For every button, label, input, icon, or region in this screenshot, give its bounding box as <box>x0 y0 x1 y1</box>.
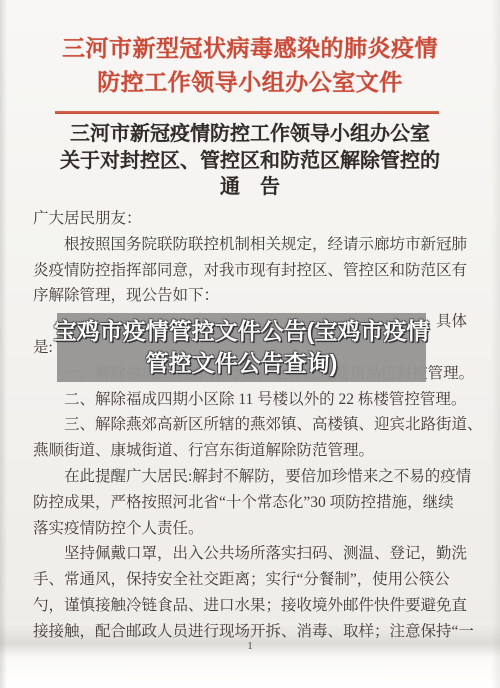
notice-title: 三河市新冠疫情防控工作领导小组办公室 关于对封控区、管控区和防范区解除管控的 通… <box>0 121 500 201</box>
letterhead-title-line-1: 三河市新型冠状病毒感染的肺炎疫情 <box>0 31 500 65</box>
letterhead-title-line-2: 防控工作领导小组办公室文件 <box>0 65 500 99</box>
body-line: 落实疫情防控个人责任。 <box>33 516 467 542</box>
body-line: 二、解除福成四期小区除 11 号楼以外的 22 栋楼管控管理。 <box>33 387 467 413</box>
letterhead-title: 三河市新型冠状病毒感染的肺炎疫情 防控工作领导小组办公室文件 <box>0 31 500 99</box>
notice-body: 广大居民朋友： 根按照国务院联防联控机制相关规定，经请示廊坊市新冠肺 炎疫情防控… <box>33 206 467 645</box>
letterhead-divider-rule <box>55 111 439 114</box>
body-line: 根按照国务院联防联控机制相关规定，经请示廊坊市新冠肺 <box>33 232 467 258</box>
body-line: 在此提醒广大居民:解封不解防，要倍加珍惜来之不易的疫情 <box>33 464 467 490</box>
body-line: 序解除管理，现公告如下： <box>33 283 467 309</box>
body-line: 防控成果，严格按照河北省“十个常态化”30 项防控措施，继续 <box>33 490 467 516</box>
body-line: 三、解除燕郊高新区所辖的燕郊镇、高楼镇、迎宾北路街道、 <box>33 412 467 438</box>
notice-title-line-3: 通 告 <box>0 174 500 201</box>
body-line: 燕顺街道、康城街道、行宫东街道解除防范管理。 <box>33 438 467 464</box>
watermark-line-1: 宝鸡市疫情管控文件公告(宝鸡市疫情 <box>54 316 430 348</box>
caption-watermark-overlay: 宝鸡市疫情管控文件公告(宝鸡市疫情 管控文件公告查询) <box>57 313 426 382</box>
body-line: 广大居民朋友： <box>33 206 467 232</box>
watermark-line-2: 管控文件公告查询) <box>146 348 338 380</box>
body-line: 手、常通风，保持安全社交距离；实行“分餐制”，使用公筷公 <box>33 567 467 593</box>
page-number: 1 <box>0 640 500 652</box>
body-line: 炎疫情防控指挥部同意，对我市现有封控区、管控区和防范区有 <box>33 258 467 284</box>
body-line: 勺，谨慎接触冷链食品、进口水果；接收境外邮件快件要避免直 <box>33 593 467 619</box>
notice-title-line-1: 三河市新冠疫情防控工作领导小组办公室 <box>0 121 500 148</box>
body-line: 坚持佩戴口罩，出入公共场所落实扫码、测温、登记，勤洗 <box>33 541 467 567</box>
notice-title-line-2: 关于对封控区、管控区和防范区解除管控的 <box>0 148 500 175</box>
